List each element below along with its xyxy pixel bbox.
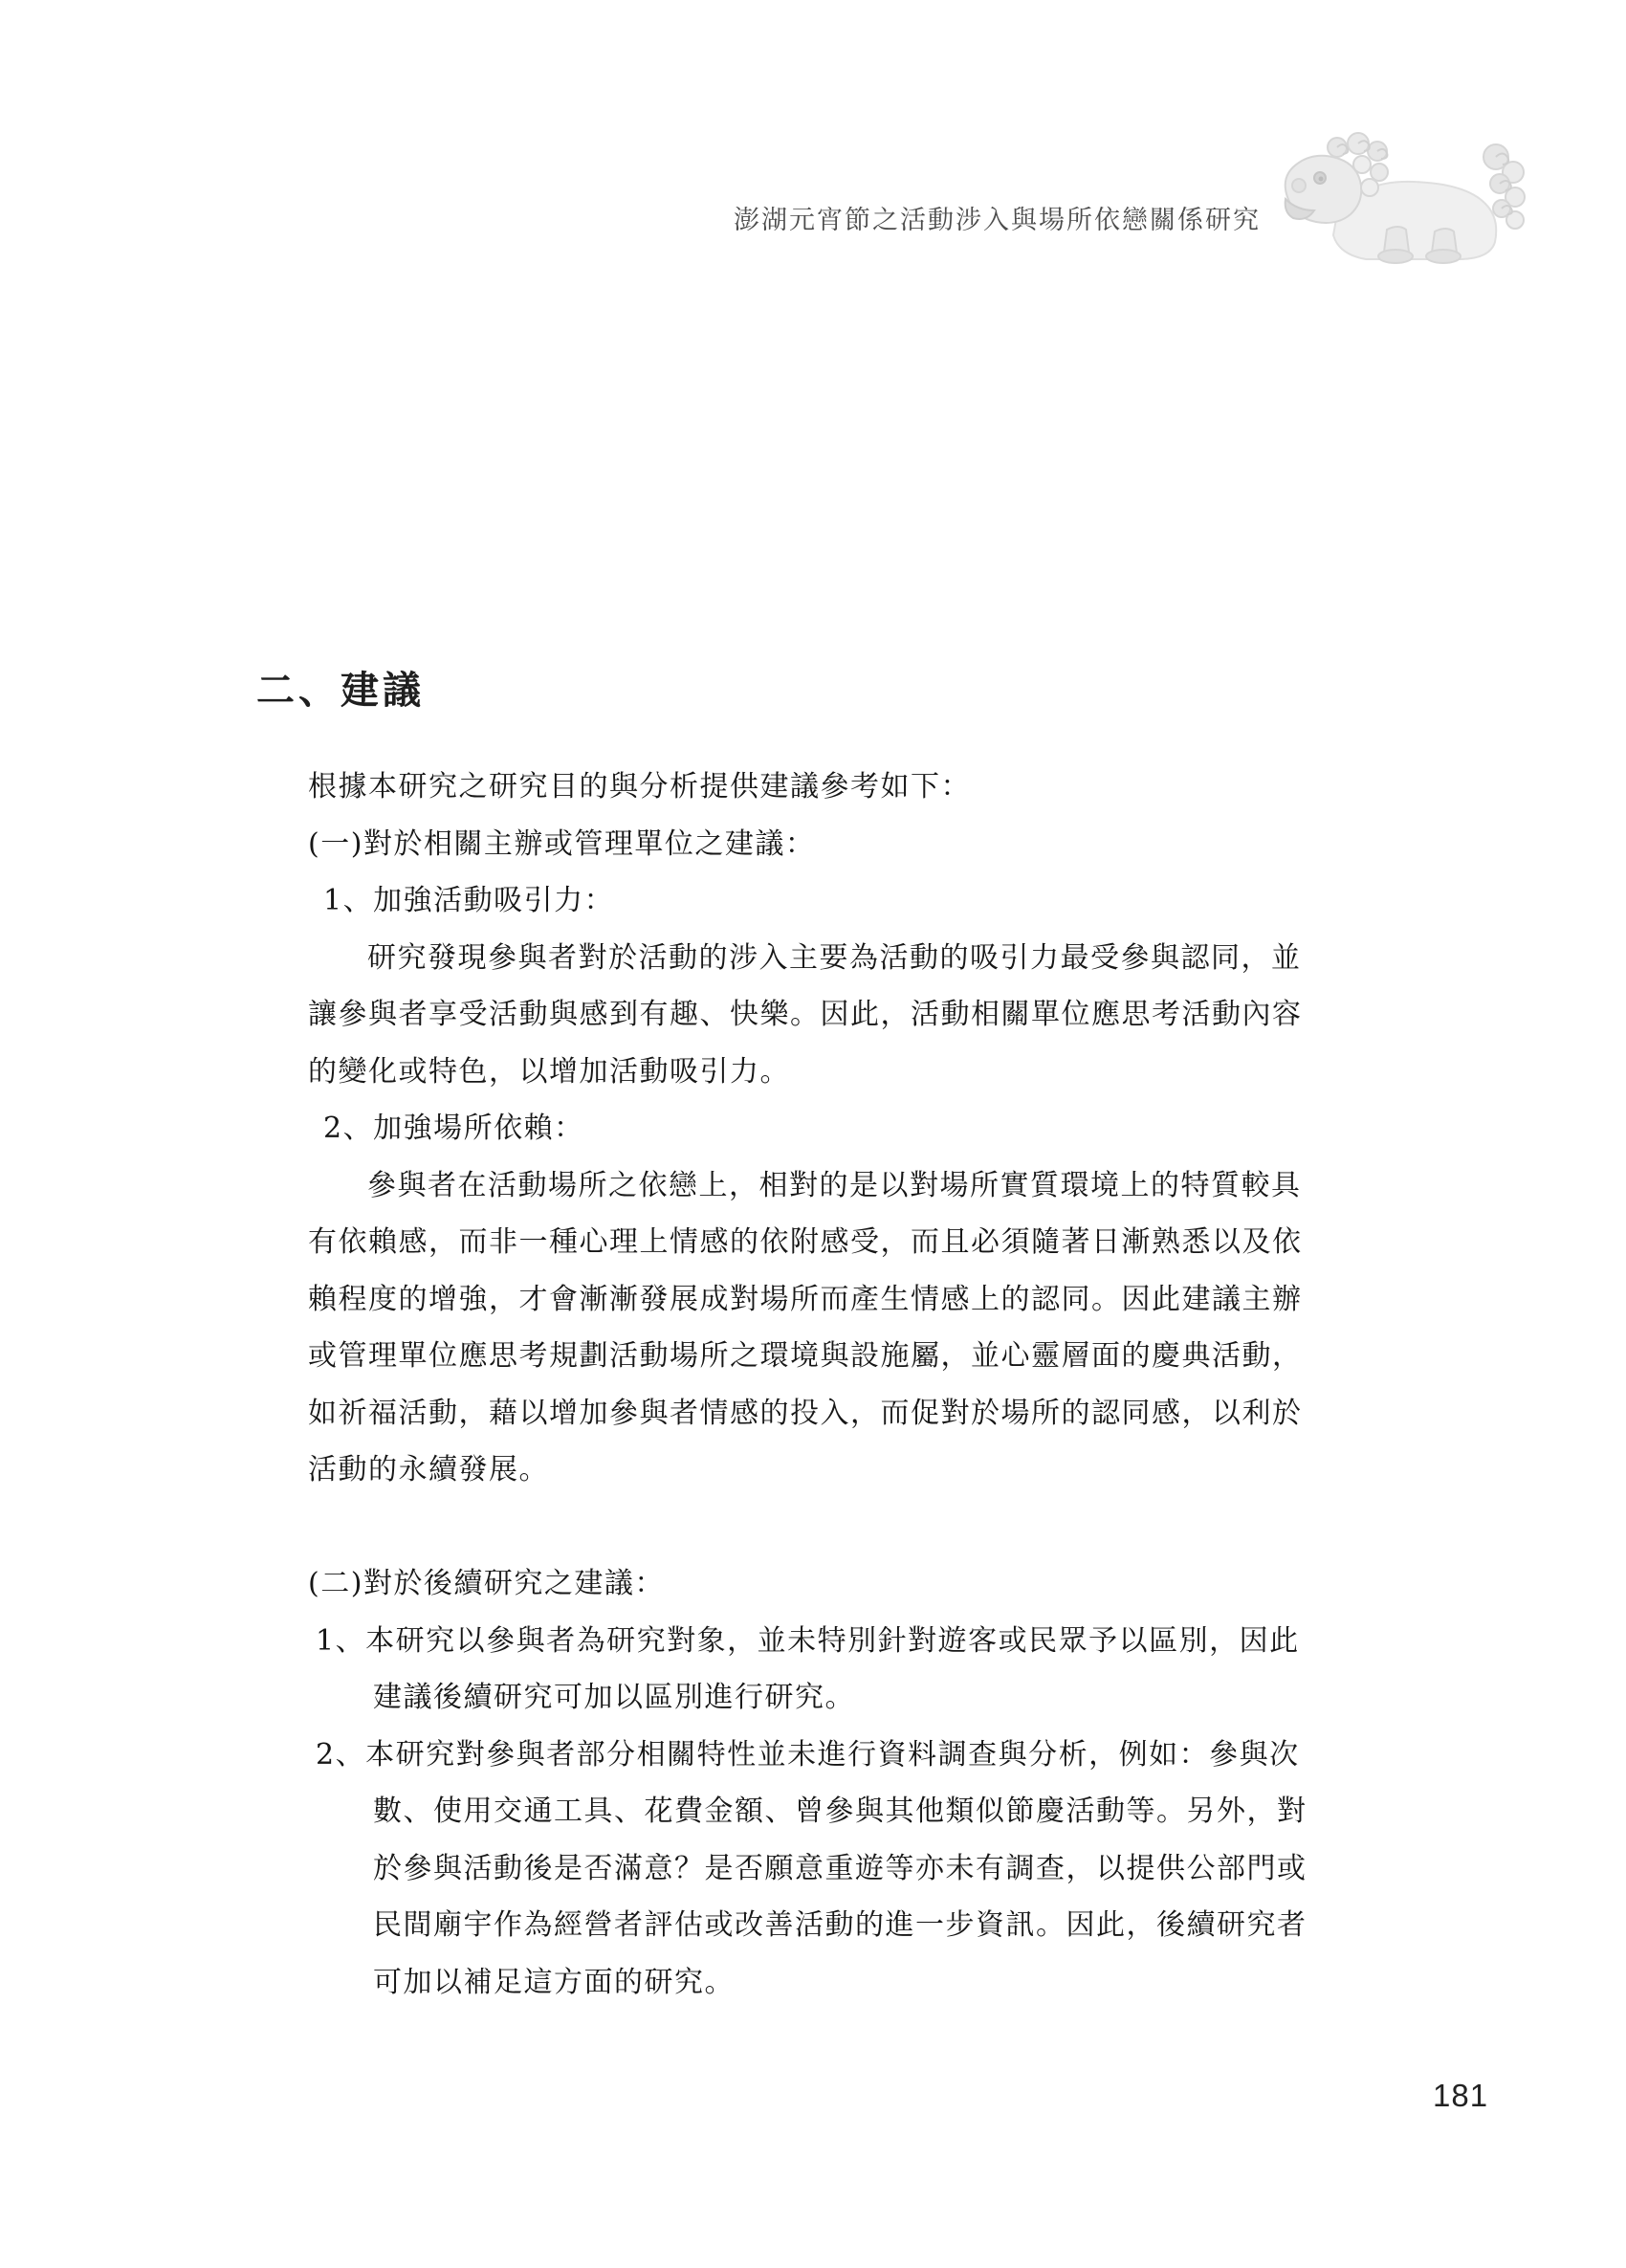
text-line: 1、本研究以參與者為研究對象，並未特別針對遊客或民眾予以區別，因此 [308,1613,1370,1670]
text-line: 2、加強場所依賴： [308,1100,1370,1157]
document-page: 澎湖元宵節之活動涉入與場所依戀關係研究 [0,0,1626,2268]
blank-line [308,1499,1370,1556]
text-line: 賴程度的增強，才會漸漸發展成對場所而產生情感上的認同。因此建議主辦 [308,1271,1370,1329]
text-line: (一)對於相關主辦或管理單位之建議： [308,816,1370,873]
text-line: 建議後續研究可加以區別進行研究。 [308,1669,1370,1727]
text-line: 數、使用交通工具、花費金額、曾參與其他類似節慶活動等。另外，對 [308,1783,1370,1840]
text-line: 2、本研究對參與者部分相關特性並未進行資料調查與分析，例如：參與次 [308,1727,1370,1784]
text-line: 於參與活動後是否滿意？是否願意重遊等亦未有調查，以提供公部門或 [308,1840,1370,1898]
text-line: 根據本研究之研究目的與分析提供建議參考如下： [308,759,1370,816]
text-line: 活動的永續發展。 [308,1442,1370,1499]
section-heading: 二、建議 [256,660,425,715]
text-line: 的變化或特色，以增加活動吸引力。 [308,1044,1370,1101]
text-line: 1、加強活動吸引力： [308,872,1370,930]
text-line: 可加以補足這方面的研究。 [308,1954,1370,2012]
text-line: (二)對於後續研究之建議： [308,1555,1370,1613]
page-number: 181 [1433,2078,1488,2114]
body-text: 根據本研究之研究目的與分析提供建議參考如下：(一)對於相關主辦或管理單位之建議：… [308,759,1370,2011]
guardian-lion-image [1270,122,1528,266]
text-line: 民間廟宇作為經營者評估或改善活動的進一步資訊。因此，後續研究者 [308,1897,1370,1954]
text-line: 有依賴感，而非一種心理上情感的依附感受，而且必須隨著日漸熟悉以及依 [308,1214,1370,1271]
text-line: 參與者在活動場所之依戀上，相對的是以對場所實質環境上的特質較具 [308,1157,1370,1215]
text-line: 如祈福活動，藉以增加參與者情感的投入，而促對於場所的認同感，以利於 [308,1385,1370,1442]
running-header-title: 澎湖元宵節之活動涉入與場所依戀關係研究 [734,199,1261,236]
text-line: 研究發現參與者對於活動的涉入主要為活動的吸引力最受參與認同，並 [308,930,1370,987]
text-line: 或管理單位應思考規劃活動場所之環境與設施屬，並心靈層面的慶典活動， [308,1328,1370,1385]
text-line: 讓參與者享受活動與感到有趣、快樂。因此，活動相關單位應思考活動內容 [308,986,1370,1044]
